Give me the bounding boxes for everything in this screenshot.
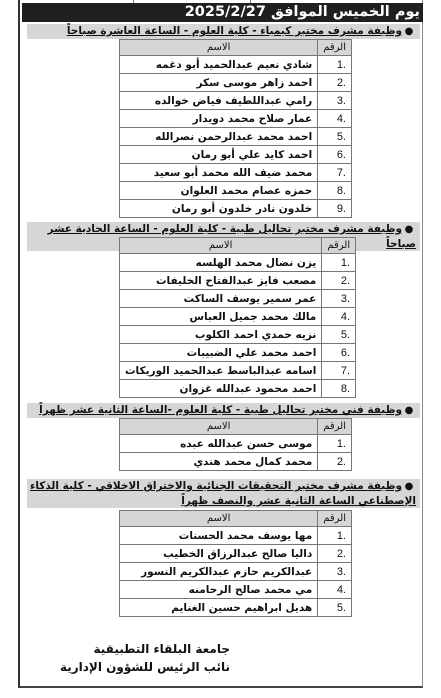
row-name: مي محمد صالح الرحامنه <box>120 581 318 599</box>
table-row: 3.عبدالكريم حازم عبدالكريم النسور <box>120 563 352 581</box>
table-row: 3.رامي عبداللطيف فياض خوالده <box>120 92 352 110</box>
row-name: اسامه عبدالباسط عبدالحميد الوريكات <box>120 362 322 380</box>
signature-title: نائب الرئيس للشؤون الإدارية <box>60 658 230 676</box>
candidates-table-medical-lab-supervisor: الرقم الاسم 1.يزن نضال محمد الهلسه 2.مصع… <box>119 237 356 398</box>
row-number: 9. <box>318 200 352 218</box>
table-row: 5.هديل ابراهيم حسين الغنايم <box>120 599 352 617</box>
row-number: 7. <box>318 164 352 182</box>
row-name: عبدالكريم حازم عبدالكريم النسور <box>120 563 318 581</box>
row-name: محمد كمال محمد هندي <box>120 453 318 471</box>
row-name: حمزه عصام محمد العلوان <box>120 182 318 200</box>
table-header-row: الرقم الاسم <box>120 511 352 527</box>
row-number: 4. <box>318 110 352 128</box>
row-number: 3. <box>322 290 356 308</box>
row-number: 3. <box>318 563 352 581</box>
column-header-name: الاسم <box>120 40 318 56</box>
row-name: شادي نعيم عبدالحميد أبو دغمه <box>120 56 318 74</box>
column-header-name: الاسم <box>120 511 318 527</box>
table-header-row: الرقم الاسم <box>120 238 356 254</box>
row-number: 1. <box>318 435 352 453</box>
table-row: 4.عمار صلاح محمد دويدار <box>120 110 352 128</box>
row-number: 7. <box>322 362 356 380</box>
table-row: 1.موسى حسن عبدالله عبده <box>120 435 352 453</box>
row-name: موسى حسن عبدالله عبده <box>120 435 318 453</box>
row-number: 2. <box>322 272 356 290</box>
row-number: 1. <box>318 527 352 545</box>
table-row: 1.يزن نضال محمد الهلسه <box>120 254 356 272</box>
table-row: 7.اسامه عبدالباسط عبدالحميد الوريكات <box>120 362 356 380</box>
row-name: رامي عبداللطيف فياض خوالده <box>120 92 318 110</box>
candidates-table-forensics-lab-supervisor: الرقم الاسم 1.مها يوسف محمد الحسنات 2.دا… <box>119 510 352 617</box>
row-name: عمار صلاح محمد دويدار <box>120 110 318 128</box>
table-row: 2.مصعب فايز عبدالفتاح الخليفات <box>120 272 356 290</box>
row-name: مها يوسف محمد الحسنات <box>120 527 318 545</box>
row-name: مالك محمد جميل العباس <box>120 308 322 326</box>
row-name: يزن نضال محمد الهلسه <box>120 254 322 272</box>
table-row: 5.نزيه حمدي احمد الكلوب <box>120 326 356 344</box>
row-number: 4. <box>318 581 352 599</box>
row-number: 2. <box>318 453 352 471</box>
signature-university: جامعة البلقاء التطبيقية <box>60 640 230 658</box>
row-name: خلدون نادر خلدون أبو رمان <box>120 200 318 218</box>
row-name: احمد محمد علي الضبيبات <box>120 344 322 362</box>
row-number: 8. <box>318 182 352 200</box>
section-title-forensics-lab-supervisor: ●وظيفة مشرف مختبر التحقيقات الجنائية وال… <box>27 479 420 508</box>
row-name: احمد كايد علي أبو رمان <box>120 146 318 164</box>
row-number: 5. <box>318 599 352 617</box>
table-row: 1.شادي نعيم عبدالحميد أبو دغمه <box>120 56 352 74</box>
row-name: احمد زاهر موسى سكر <box>120 74 318 92</box>
row-number: 8. <box>322 380 356 398</box>
table-header-row: الرقم الاسم <box>120 419 352 435</box>
table-row: 2.محمد كمال محمد هندي <box>120 453 352 471</box>
table-row: 4.مي محمد صالح الرحامنه <box>120 581 352 599</box>
table-row: 9.خلدون نادر خلدون أبو رمان <box>120 200 352 218</box>
section-title-chemistry: ●وظيفة مشرف مختبر كيمياء - كلية العلوم -… <box>27 24 420 39</box>
column-header-name: الاسم <box>120 238 322 254</box>
table-row: 1.مها يوسف محمد الحسنات <box>120 527 352 545</box>
row-number: 5. <box>318 128 352 146</box>
section-title-medical-lab-technician: ●وظيفة فني مختبر تحاليل طبية - كلية العل… <box>27 403 420 418</box>
bullet-icon: ● <box>402 404 416 418</box>
column-header-number: الرقم <box>318 511 352 527</box>
table-row: 7.محمد ضيف الله محمد أبو سعيد <box>120 164 352 182</box>
row-name: عمر سمير يوسف الساكت <box>120 290 322 308</box>
table-row: 6.احمد كايد علي أبو رمان <box>120 146 352 164</box>
row-number: 3. <box>318 92 352 110</box>
table-row: 2.داليا صالح عبدالرزاق الخطيب <box>120 545 352 563</box>
day-header: يوم الخميس الموافق 2025/2/27 <box>22 3 423 22</box>
row-number: 1. <box>318 56 352 74</box>
candidates-table-medical-lab-technician: الرقم الاسم 1.موسى حسن عبدالله عبده 2.مح… <box>119 418 352 471</box>
row-name: محمد ضيف الله محمد أبو سعيد <box>120 164 318 182</box>
signature-block: جامعة البلقاء التطبيقية نائب الرئيس للشؤ… <box>60 640 230 676</box>
table-row: 2.احمد زاهر موسى سكر <box>120 74 352 92</box>
column-header-number: الرقم <box>318 40 352 56</box>
candidates-table-chemistry: الرقم الاسم 1.شادي نعيم عبدالحميد أبو دغ… <box>119 39 352 218</box>
bullet-icon: ● <box>402 223 416 237</box>
bullet-icon: ● <box>402 25 416 39</box>
row-name: مصعب فايز عبدالفتاح الخليفات <box>120 272 322 290</box>
table-header-row: الرقم الاسم <box>120 40 352 56</box>
row-name: هديل ابراهيم حسين الغنايم <box>120 599 318 617</box>
row-name: نزيه حمدي احمد الكلوب <box>120 326 322 344</box>
document-page: يوم الخميس الموافق 2025/2/27 ●وظيفة مشرف… <box>18 0 423 688</box>
row-name: احمد محمد عبدالرحمن نصرالله <box>120 128 318 146</box>
column-header-name: الاسم <box>120 419 318 435</box>
table-row: 5.احمد محمد عبدالرحمن نصرالله <box>120 128 352 146</box>
row-number: 4. <box>322 308 356 326</box>
table-row: 8.حمزه عصام محمد العلوان <box>120 182 352 200</box>
row-number: 5. <box>322 326 356 344</box>
row-number: 2. <box>318 74 352 92</box>
table-row: 8.احمد محمود عبدالله غزوان <box>120 380 356 398</box>
row-number: 1. <box>322 254 356 272</box>
row-number: 2. <box>318 545 352 563</box>
row-number: 6. <box>322 344 356 362</box>
row-name: احمد محمود عبدالله غزوان <box>120 380 322 398</box>
row-number: 6. <box>318 146 352 164</box>
column-header-number: الرقم <box>318 419 352 435</box>
table-row: 3.عمر سمير يوسف الساكت <box>120 290 356 308</box>
column-header-number: الرقم <box>322 238 356 254</box>
row-name: داليا صالح عبدالرزاق الخطيب <box>120 545 318 563</box>
table-row: 4.مالك محمد جميل العباس <box>120 308 356 326</box>
table-row: 6.احمد محمد علي الضبيبات <box>120 344 356 362</box>
bullet-icon: ● <box>402 480 416 494</box>
